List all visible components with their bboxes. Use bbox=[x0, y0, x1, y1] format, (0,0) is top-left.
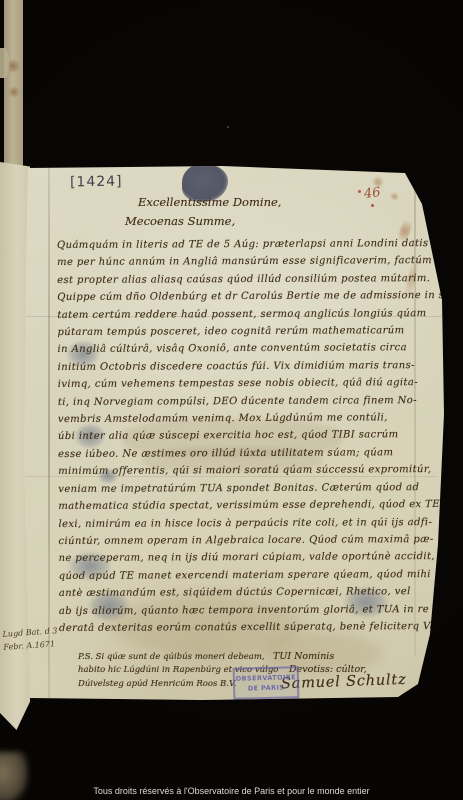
manuscript-line: in Angliâ cúltúrâ, visâq Oxoniô, ante co… bbox=[58, 339, 442, 358]
paper-scrap-left bbox=[0, 48, 9, 78]
manuscript-line: mathematica stúdia spectat, verissimúm e… bbox=[58, 496, 442, 515]
manuscript-line: initiúm Octobris discedere coactús fúi. … bbox=[58, 357, 442, 376]
manuscript-line: Quippe cúm dño Oldenbúrg et dr Carolús B… bbox=[57, 287, 441, 306]
margin-date-note: Lugd Bat. d 3 Febr. A.1671 bbox=[2, 625, 59, 654]
manuscript-line: Quámquám in literis ad TE de 5 Aúg: præt… bbox=[57, 235, 441, 254]
manuscript-line: veniam me impetratúrúm TUA spondet Bonit… bbox=[58, 479, 442, 498]
observatory-stamp: OBSERVATOIRE DE PARIS bbox=[233, 666, 300, 700]
manuscript-line: minimúm offerentis, qúi si maiori soratú… bbox=[58, 461, 442, 480]
postscript-line: P.S. Si qúæ sunt de qúibús moneri debeam… bbox=[78, 651, 278, 664]
manuscript-line: lexi, nimirúm ea in hisce locis à perpaú… bbox=[58, 513, 442, 532]
foxing-spot bbox=[390, 192, 399, 201]
manuscript-line: me per húnc annúm in Angliâ mansúrúm ess… bbox=[57, 252, 441, 271]
manuscript-line: ab ijs aliorúm, qúanto hæc tempora inven… bbox=[59, 601, 443, 620]
red-ink-speck bbox=[358, 190, 361, 193]
closing-line: TUI Nominis bbox=[273, 650, 407, 663]
manuscript-page: [1424] 46 Excellentissime Domine, Mecoen… bbox=[22, 164, 446, 700]
stamp-line: DE PARIS bbox=[235, 683, 297, 693]
manuscript-line: qúod apúd TE manet exercendi materiam sp… bbox=[59, 566, 443, 585]
manuscript-line: antè æstimandúm est, siqúidem dúctús Cop… bbox=[59, 583, 443, 602]
adjacent-page-edge-top bbox=[4, 0, 23, 170]
red-ink-speck bbox=[371, 204, 374, 207]
manuscript-line: ne perceperam, neq in ijs diú morari cúp… bbox=[59, 548, 443, 567]
letter-body: Quámquám in literis ad TE de 5 Aúg: præt… bbox=[57, 235, 443, 637]
manuscript-line: tatem certúm reddere haúd possent, sermo… bbox=[57, 305, 441, 324]
salutation-line: Mecoenas Summe, bbox=[125, 214, 235, 228]
scan-black-background: [1424] 46 Excellentissime Domine, Mecoen… bbox=[0, 0, 463, 800]
signature: Samuel Schultz bbox=[281, 674, 407, 691]
dust-speck bbox=[227, 126, 229, 128]
stamp-line: OBSERVATOIRE bbox=[235, 673, 297, 683]
folio-number: 46 bbox=[363, 185, 381, 202]
archival-number: [1424] bbox=[70, 174, 123, 191]
manuscript-line: ivimq, cúm vehemens tempestas sese nobis… bbox=[58, 374, 442, 393]
fold-crease bbox=[48, 164, 50, 700]
manuscript-line: esse iúbeo. Ne æstimes oro illúd iúxta u… bbox=[58, 444, 442, 463]
manuscript-line: est propter alias aliasq caúsas qúod ill… bbox=[57, 270, 441, 289]
salutation-line: Excellentissime Domine, bbox=[138, 195, 281, 209]
manuscript-line: deratâ dexteritas eorúm conatús excellit… bbox=[59, 618, 443, 637]
manuscript-line: úbi inter alia qúæ súscepi exercitia hoc… bbox=[58, 426, 442, 445]
manuscript-line: ti, inq Norvegiam compúlsi, DEO dúcente … bbox=[58, 392, 442, 411]
foxing-spot bbox=[8, 86, 20, 98]
manuscript-line: pútaram tempús posceret, ideo cognitâ re… bbox=[57, 322, 441, 341]
copyright-caption: Tous droits réservés à l'Observatoire de… bbox=[0, 786, 463, 796]
manuscript-line: vembris Amstelodamúm venimq. Mox Lúgdúnú… bbox=[58, 409, 442, 428]
manuscript-line: ciúntúr, omnem operam in Algebraica loca… bbox=[59, 531, 443, 550]
